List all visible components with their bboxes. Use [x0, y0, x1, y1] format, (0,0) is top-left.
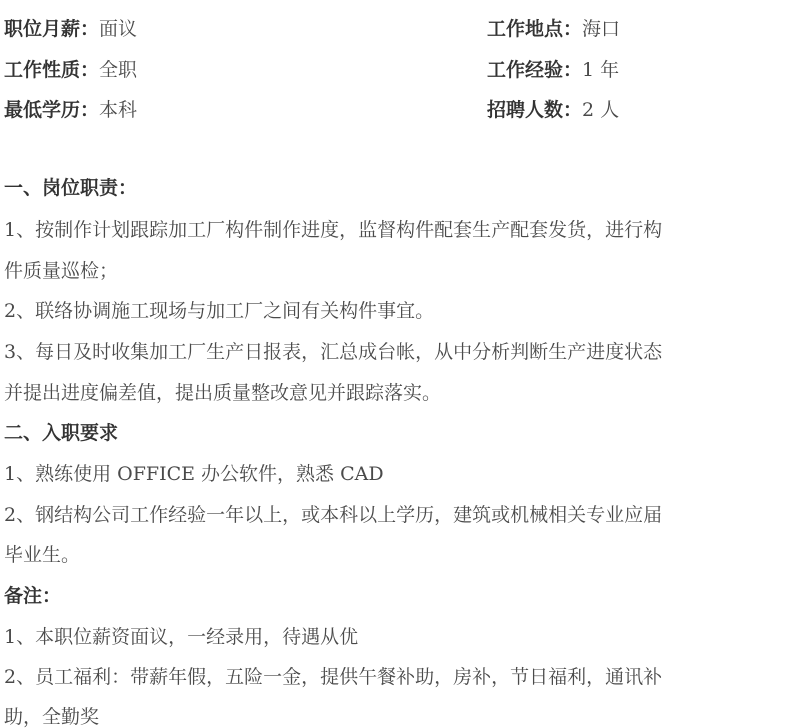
requirements-line: 2、钢结构公司工作经验一年以上，或本科以上学历，建筑或机械相关专业应届 [4, 500, 800, 530]
salary-value: 面议 [99, 18, 137, 40]
duties-line: 2、联络协调施工现场与加工厂之间有关构件事宜。 [4, 296, 800, 326]
duties-line: 1、按制作计划跟踪加工厂构件制作进度，监督构件配套生产配套发货，进行构 [4, 215, 800, 245]
requirements-line: 1、熟练使用 OFFICE 办公软件，熟悉 CAD [4, 459, 800, 489]
experience-field: 工作经验：1 年 [487, 55, 619, 85]
duties-heading: 一、岗位职责： [4, 173, 800, 203]
salary-field: 职位月薪：面议 [4, 14, 137, 44]
duties-line: 并提出进度偏差值，提出质量整改意见并跟踪落实。 [4, 378, 800, 408]
experience-label: 工作经验： [487, 59, 582, 81]
headcount-value: 2 人 [582, 99, 619, 121]
duties-line: 件质量巡检； [4, 256, 800, 286]
salary-label: 职位月薪： [4, 18, 99, 40]
notes-line: 1、本职位薪资面议，一经录用，待遇从优 [4, 622, 800, 652]
education-label: 最低学历： [4, 99, 99, 121]
requirements-heading: 二、入职要求 [4, 418, 800, 448]
job-type-label: 工作性质： [4, 59, 99, 81]
education-value: 本科 [99, 99, 137, 121]
location-label: 工作地点： [487, 18, 582, 40]
notes-line: 2、员工福利：带薪年假，五险一金，提供午餐补助，房补，节日福利，通讯补 [4, 662, 800, 692]
location-value: 海口 [582, 18, 620, 40]
job-type-field: 工作性质：全职 [4, 55, 137, 85]
job-posting: 职位月薪：面议 工作地点：海口 工作性质：全职 工作经验：1 年 最低学历：本科… [0, 0, 800, 728]
location-field: 工作地点：海口 [487, 14, 620, 44]
education-field: 最低学历：本科 [4, 95, 137, 125]
experience-value: 1 年 [582, 59, 619, 81]
headcount-field: 招聘人数：2 人 [487, 95, 619, 125]
requirements-line: 毕业生。 [4, 540, 800, 570]
headcount-label: 招聘人数： [487, 99, 582, 121]
notes-heading: 备注： [4, 581, 800, 611]
duties-line: 3、每日及时收集加工厂生产日报表，汇总成台帐，从中分析判断生产进度状态 [4, 337, 800, 367]
notes-line: 助，全勤奖 [4, 702, 800, 728]
job-type-value: 全职 [99, 59, 137, 81]
